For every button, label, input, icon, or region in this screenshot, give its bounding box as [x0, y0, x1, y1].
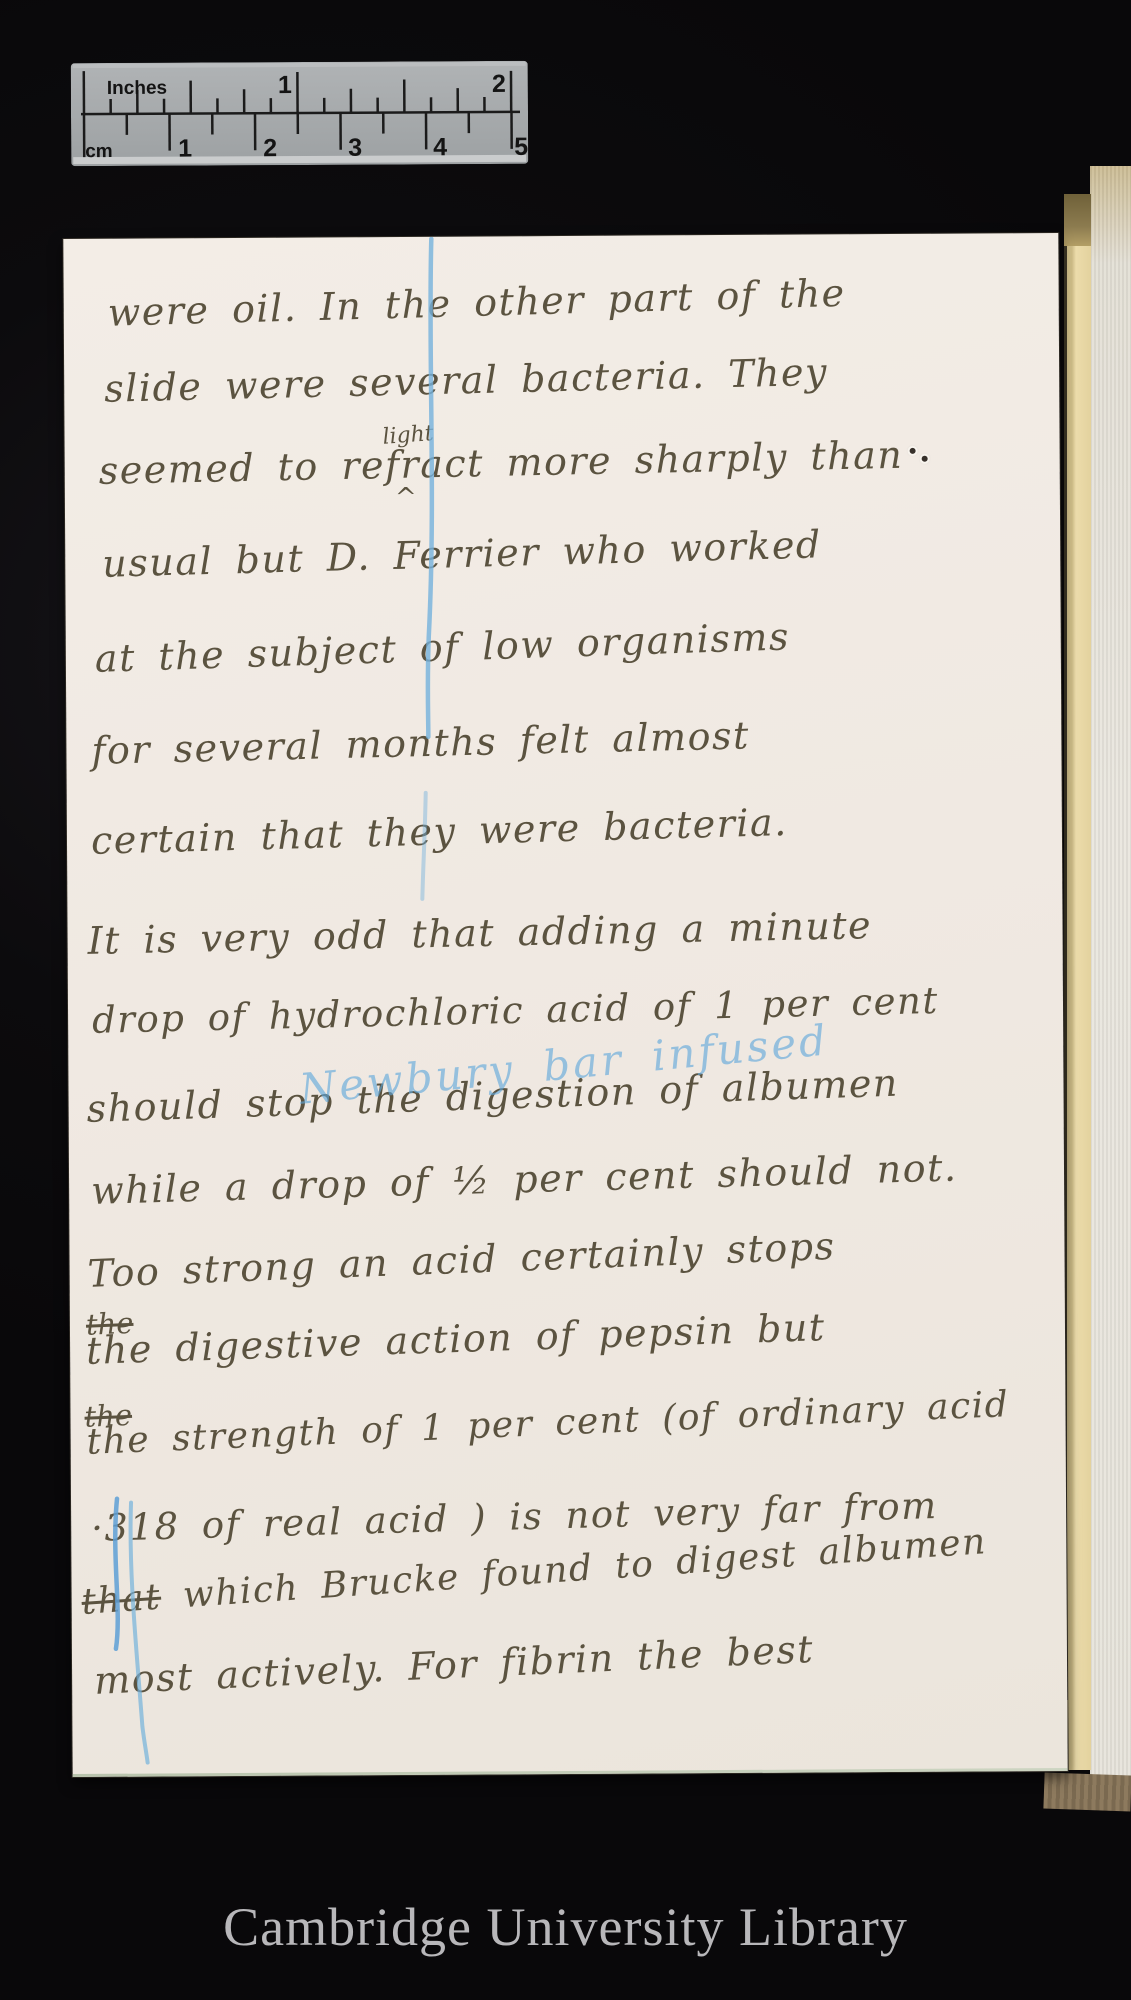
manuscript-line: Too strong an acid certainly stops: [87, 1224, 836, 1296]
book-spine-wedge: [1064, 194, 1091, 248]
paper-pinhole: [922, 456, 928, 462]
handwritten-text-block: were oil. In the other part of theslide …: [63, 233, 1058, 239]
ruler-cm-label: cm: [85, 141, 113, 162]
manuscript-line: certain that they were bacteria.: [90, 800, 788, 863]
book-page-edge-tan: [1064, 246, 1091, 1770]
manuscript-line: slide were several bacteria. They: [104, 350, 829, 411]
ruler-cm-4: 4: [433, 133, 447, 161]
book-page-edge: [1090, 166, 1131, 1786]
photograph-of-manuscript: Inches cm 1 2 1 2 3 4 5 were oil. In the…: [0, 0, 1131, 2000]
manuscript-line: seemed to refract more sharply than: [98, 433, 903, 493]
ruler-cm-3: 3: [348, 134, 362, 162]
ruler-inch-1: 1: [278, 71, 292, 99]
manuscript-line: usual but D. Ferrier who worked: [102, 522, 823, 585]
struck-word: the: [84, 1398, 133, 1434]
manuscript-line: It is very odd that adding a minute: [87, 903, 872, 963]
struck-word: the: [85, 1306, 134, 1342]
ruler-cm-1: 1: [178, 135, 192, 163]
interline-insertion-word: light: [382, 421, 435, 450]
manuscript-page: were oil. In the other part of theslide …: [63, 233, 1067, 1777]
manuscript-line: were oil. In the other part of the: [107, 271, 846, 335]
manuscript-line: for several months felt almost: [91, 713, 750, 773]
manuscript-line: most actively. For fibrin the best: [93, 1627, 815, 1703]
paper-pinhole: [910, 448, 916, 454]
insertion-caret: ^: [395, 483, 417, 513]
ruler-cm-2: 2: [263, 134, 277, 162]
manuscript-line: at the subject of low organisms: [94, 614, 790, 680]
manuscript-line: the strength of 1 per cent (of ordinary …: [86, 1384, 1010, 1463]
library-watermark: Cambridge University Library: [0, 1896, 1131, 1958]
book-cover-strip: [1043, 1772, 1131, 1811]
ruler-inch-2: 2: [492, 70, 506, 98]
ruler-inches-label: Inches: [107, 78, 167, 99]
measurement-ruler: Inches cm 1 2 1 2 3 4 5: [71, 61, 529, 166]
manuscript-line: the digestive action of pepsin but: [85, 1305, 826, 1373]
manuscript-line: while a drop of ½ per cent should not.: [91, 1145, 958, 1212]
ruler-cm-5: 5: [514, 133, 528, 161]
